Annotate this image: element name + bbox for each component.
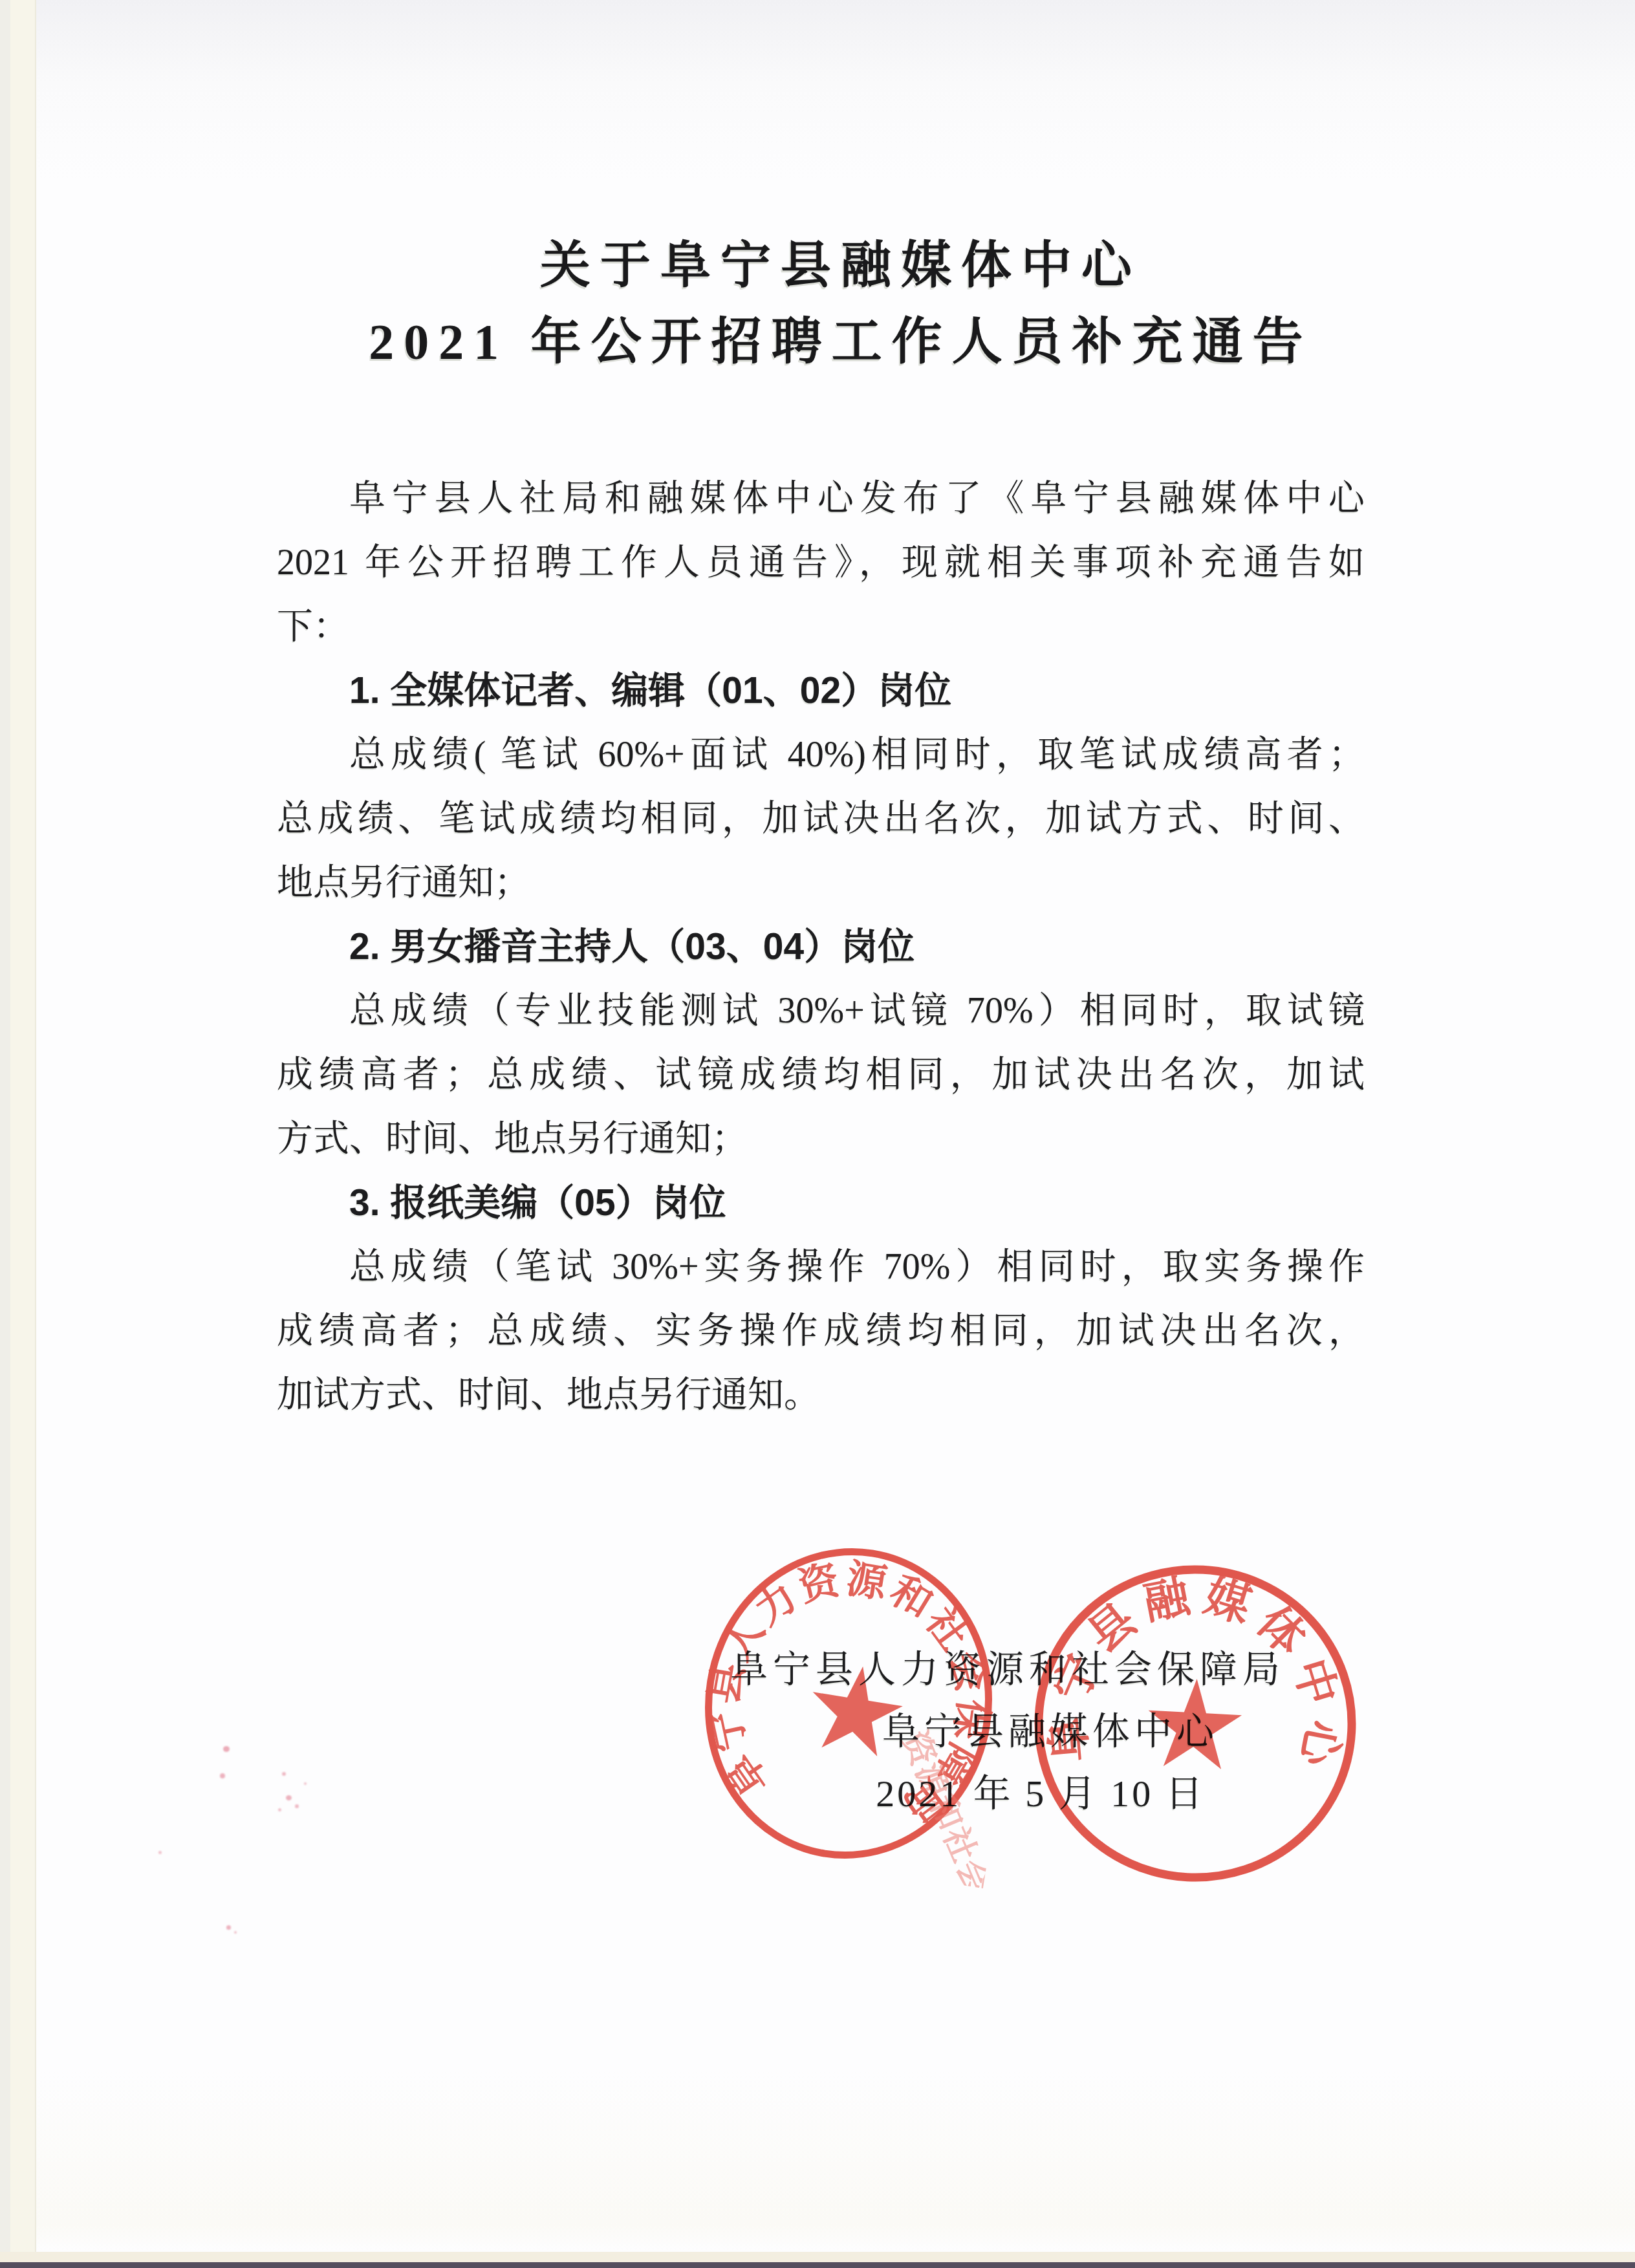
- body-line: 加试方式、时间、地点另行通知。: [277, 1363, 1365, 1427]
- document-body: 阜宁县人社局和融媒体中心发布了《阜宁县融媒体中心 2021 年公开招聘工作人员通…: [277, 467, 1365, 1427]
- section-heading-2: 2. 男女播音主持人（03、04）岗位: [277, 915, 1365, 979]
- title-line-2: 2021 年公开招聘工作人员补充通告: [291, 304, 1391, 380]
- ink-speck: [223, 1746, 230, 1752]
- document-title: 关于阜宁县融媒体中心 2021 年公开招聘工作人员补充通告: [272, 228, 1391, 380]
- body-line: 总成绩( 笔试 60%+面试 40%)相同时，取笔试成绩高者；: [277, 723, 1365, 787]
- ink-speck: [220, 1773, 225, 1778]
- body-line: 地点另行通知；: [277, 851, 1365, 915]
- body-line: 阜宁县人社局和融媒体中心发布了《阜宁县融媒体中心: [277, 467, 1365, 531]
- title-line-1: 关于阜宁县融媒体中心: [291, 228, 1391, 304]
- ink-speck: [304, 1782, 307, 1785]
- official-seal-hr-bureau: 阜宁县人力资源和社会保障局 资源和社会: [664, 1518, 1034, 1888]
- scanned-page: 关于阜宁县融媒体中心 2021 年公开招聘工作人员补充通告 阜宁县人社局和融媒体…: [0, 0, 1635, 2268]
- ink-speck: [286, 1795, 292, 1800]
- ink-speck: [295, 1804, 299, 1808]
- star-icon: [1145, 1676, 1244, 1770]
- ink-speck: [278, 1808, 281, 1811]
- body-line: 方式、时间、地点另行通知；: [277, 1107, 1365, 1171]
- ink-speck: [282, 1772, 286, 1776]
- scan-edge-left-band: [10, 0, 36, 2268]
- body-line: 总成绩（专业技能测试 30%+试镜 70%）相同时，取试镜: [277, 979, 1365, 1043]
- scan-edge-left: [0, 0, 10, 2268]
- scan-edge-bottom: [0, 2262, 1635, 2268]
- body-line: 成绩高者；总成绩、试镜成绩均相同，加试决出名次，加试: [277, 1043, 1365, 1107]
- star-icon: [805, 1659, 908, 1759]
- section-heading-3: 3. 报纸美编（05）岗位: [277, 1171, 1365, 1235]
- body-line: 总成绩、笔试成绩均相同，加试决出名次，加试方式、时间、: [277, 787, 1365, 851]
- ink-speck: [226, 1925, 231, 1930]
- body-line: 2021 年公开招聘工作人员通告》，现就相关事项补充通告如: [277, 531, 1365, 595]
- body-line: 下：: [277, 595, 1365, 659]
- official-seal-media-center: 阜宁县融媒体中心: [1019, 1547, 1372, 1901]
- body-line: 总成绩（笔试 30%+实务操作 70%）相同时，取实务操作: [277, 1235, 1365, 1299]
- section-heading-1: 1. 全媒体记者、编辑（01、02）岗位: [277, 659, 1365, 723]
- ink-speck: [158, 1851, 162, 1854]
- svg-text:阜宁县人力资源和社会保障局: 阜宁县人力资源和社会保障局: [687, 1538, 1015, 1841]
- seal-ring-text: 阜宁县人力资源和社会保障局: [687, 1538, 1015, 1841]
- body-line: 成绩高者；总成绩、实务操作成绩均相同，加试决出名次，: [277, 1299, 1365, 1363]
- scan-edge-bottom-band: [0, 2252, 1635, 2262]
- ink-speck: [234, 1931, 237, 1934]
